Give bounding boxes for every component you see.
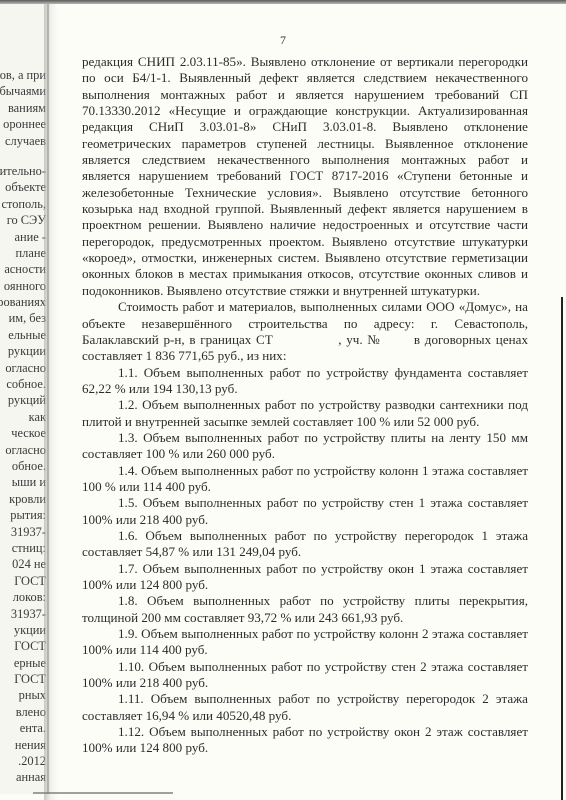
underlying-text-fragment: как (0, 409, 46, 425)
underlying-text-fragment: им, без (0, 310, 46, 326)
work-item-number: 1.12. (118, 724, 144, 739)
scan-right-border-line (561, 297, 563, 800)
cost-summary-paragraph: Стоимость работ и материалов, выполненны… (82, 299, 528, 364)
underlying-text-fragment: нения (0, 737, 46, 753)
work-item-number: 1.1. (118, 365, 138, 380)
scan-bottom-edge (33, 792, 173, 794)
work-item-text: Объем выполненных работ по устройству ко… (82, 463, 528, 494)
underlying-text-fragment: бычаями (0, 83, 46, 99)
underlying-text-fragment: рукции (0, 343, 46, 359)
work-item-number: 1.7. (118, 561, 138, 576)
underlying-text-fragment: объекте (0, 179, 46, 195)
underlying-previous-page: ов, а прибычаямиваниямороннееслучаевител… (0, 4, 50, 794)
work-item-number: 1.8. (118, 593, 138, 608)
work-item: 1.6. Объем выполненных работ по устройст… (82, 528, 528, 561)
underlying-text-fragment: рукций (0, 392, 46, 408)
underlying-text-fragment: ента. (0, 720, 46, 736)
underlying-text-fragment: ерные (0, 655, 46, 671)
underlying-text-fragment: ельные (0, 327, 46, 343)
work-item-text: Объем выполненных работ по устройству пл… (82, 593, 528, 624)
underlying-text-fragment: локов: (0, 589, 46, 605)
work-item: 1.11. Объем выполненных работ по устройс… (82, 691, 528, 724)
work-items-list: 1.1. Объем выполненных работ по устройст… (82, 365, 528, 757)
work-item-number: 1.2. (118, 397, 138, 412)
document-body: редакция СНИП 2.03.11-85». Выявлено откл… (82, 54, 528, 757)
underlying-text-fragment: рованиях (0, 294, 46, 310)
work-item-text: Объем выполненных работ по устройству пл… (82, 430, 528, 461)
work-item-number: 1.3. (118, 430, 138, 445)
underlying-text-fragment: анная (0, 769, 46, 785)
work-item: 1.10. Объем выполненных работ по устройс… (82, 659, 528, 692)
underlying-text-fragment: 31937- (0, 524, 46, 540)
underlying-text-fragment (0, 149, 46, 163)
work-item: 1.7. Объем выполненных работ по устройст… (82, 561, 528, 594)
work-item: 1.8. Объем выполненных работ по устройст… (82, 593, 528, 626)
scan-top-edge (0, 0, 566, 4)
underlying-text-fragment: ГОСТ (0, 638, 46, 654)
work-item: 1.9. Объем выполненных работ по устройст… (82, 626, 528, 659)
underlying-text-fragment: стниц: (0, 540, 46, 556)
work-item-number: 1.10. (118, 659, 144, 674)
work-item-number: 1.9. (118, 626, 138, 641)
underlying-text-fragment: рытия: (0, 507, 46, 523)
underlying-text-fragment: ГОСТ (0, 671, 46, 687)
underlying-text-fragment: стополь, (0, 196, 46, 212)
work-item-text: Объем выполненных работ по устройству ра… (82, 397, 528, 428)
work-item: 1.2. Объем выполненных работ по устройст… (82, 397, 528, 430)
underlying-text-fragment: огласно (0, 360, 46, 376)
underlying-text-fragment: ГОСТ (0, 573, 46, 589)
underlying-text-fragment: ческое (0, 425, 46, 441)
underlying-text-fragment: собное. (0, 376, 46, 392)
underlying-text-fragment: обное. (0, 458, 46, 474)
work-item: 1.12. Объем выполненных работ по устройс… (82, 724, 528, 757)
work-item-text: Объем выполненных работ по устройству ст… (82, 659, 528, 690)
underlying-text-fragment: ороннее (0, 116, 46, 132)
underlying-text-fragment: 31937- (0, 606, 46, 622)
underlying-text-fragment: ов, а при (0, 67, 46, 83)
underlying-text-fragment: рных (0, 687, 46, 703)
work-item: 1.1. Объем выполненных работ по устройст… (82, 365, 528, 398)
underlying-text-fragment: го СЭУ (0, 212, 46, 228)
underlying-text-fragment: оянного (0, 278, 46, 294)
work-item-text: Объем выполненных работ по устройству пе… (82, 691, 528, 722)
underlying-text-fragment: 024 не (0, 556, 46, 572)
underlying-text-fragment: укции (0, 622, 46, 638)
work-item-text: Объем выполненных работ по устройству фу… (82, 365, 528, 396)
underlying-text-fragment: асности (0, 261, 46, 277)
work-item: 1.4. Объем выполненных работ по устройст… (82, 463, 528, 496)
page-number: 7 (0, 33, 566, 48)
defects-paragraph: редакция СНИП 2.03.11-85». Выявлено откл… (82, 54, 528, 299)
work-item-text: Объем выполненных работ по устройству ок… (82, 561, 528, 592)
underlying-text-fragment: ыши и (0, 474, 46, 490)
underlying-text-fragment: ваниям (0, 100, 46, 116)
work-item-number: 1.4. (118, 463, 138, 478)
underlying-text-fragment: плане (0, 245, 46, 261)
underlying-text-fragment: ание - (0, 229, 46, 245)
underlying-text-fragment: ительно- (0, 163, 46, 179)
work-item-text: Объем выполненных работ по устройству ко… (82, 626, 528, 657)
work-item-text: Объем выполненных работ по устройству ок… (82, 724, 528, 755)
scanned-document-page: ов, а прибычаямиваниямороннееслучаевител… (0, 0, 566, 800)
underlying-text-fragment: случаев (0, 133, 46, 149)
underlying-page-text-fragments: ов, а прибычаямиваниямороннееслучаевител… (0, 67, 46, 786)
underlying-text-fragment: кровли (0, 491, 46, 507)
work-item-number: 1.5. (118, 495, 138, 510)
work-item-number: 1.11. (118, 691, 144, 706)
underlying-text-fragment: влено (0, 704, 46, 720)
page-left-edge (47, 4, 49, 794)
work-item-text: Объем выполненных работ по устройству пе… (82, 528, 528, 559)
work-item-number: 1.6. (118, 528, 138, 543)
work-item: 1.5. Объем выполненных работ по устройст… (82, 495, 528, 528)
underlying-text-fragment: .2012 (0, 753, 46, 769)
work-item: 1.3. Объем выполненных работ по устройст… (82, 430, 528, 463)
underlying-text-fragment: огласно (0, 442, 46, 458)
work-item-text: Объем выполненных работ по устройству ст… (82, 495, 528, 526)
